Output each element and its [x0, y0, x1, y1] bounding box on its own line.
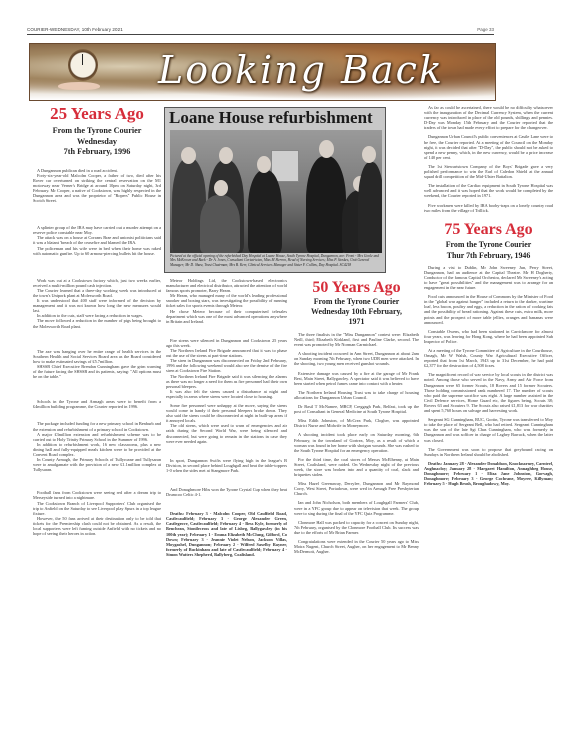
- heading-25-years: 25 Years Ago: [33, 104, 161, 123]
- article-paragraph: A major £3million extension and refurbis…: [33, 432, 161, 442]
- article-paragraph: Miss Hazel Greenaway, Derrylee, Dunganno…: [294, 481, 419, 496]
- page-number: Page 33: [477, 27, 494, 32]
- article-paragraph: It was understood that 400 staff were in…: [33, 298, 161, 313]
- deaths-notice: Deaths: January 28 - Alexander Donaldson…: [424, 461, 553, 486]
- article-paragraph: Dungannon Urban Council's public conveni…: [424, 134, 553, 159]
- article-paragraph: During a vist to Dublin, Mr John Sweeney…: [424, 265, 553, 290]
- article-paragraph: The installation of the Cardiac equipmen…: [424, 183, 553, 198]
- article-paragraph: As far as could be ascertained, there wo…: [424, 105, 553, 130]
- article-paragraph: Mr Hearn, who managed many of the world'…: [166, 293, 287, 308]
- article-paragraph: The siren in Dungannon was disconnected …: [166, 358, 287, 373]
- subheading-line1: From the Tyrone Courier: [33, 126, 161, 137]
- subheading-line2: Wednesday: [33, 137, 161, 148]
- article-paragraph: Constable Owens, who had been stationed …: [424, 329, 553, 344]
- article-paragraph: Sergeant SG Cunningham, RUC, Gortin, Tyr…: [424, 417, 553, 442]
- article-paragraph: At a meeting of the Tyrone Committee of …: [424, 348, 553, 368]
- article-paragraph: Some fire personnel were unhappy at the …: [166, 403, 287, 423]
- subheading-line2: Wednesday 10th February,: [294, 307, 419, 317]
- article-paragraph: Fire sirens were silenced in Dungannon a…: [166, 338, 287, 348]
- photo-feature: Loane House refurbishment Pictured at th…: [164, 107, 386, 273]
- article-paragraph: However, the 50 fans arrived at their de…: [33, 516, 161, 536]
- article-paragraph: A splinter group of the IRA may have car…: [33, 225, 161, 235]
- article-paragraph: The attack was on a house at Corrans Bra…: [33, 235, 161, 245]
- article-paragraph: In addition to refurbishment work, 16 ne…: [33, 442, 161, 457]
- column-25-years-continued: Meteor Holdings Ltd, the Cookstown-based…: [166, 278, 287, 557]
- subheading-line1: From the Tyrone Courier: [294, 297, 419, 307]
- heading-50-years: 50 Years Ago: [294, 279, 419, 297]
- article-paragraph: The old sirens, which were used to warn …: [166, 423, 287, 443]
- article-paragraph: The axe was hanging over he entire range…: [33, 349, 161, 364]
- article-paragraph: Football fans from Cookstown were seeing…: [33, 490, 161, 500]
- column-25-years-ago: 25 Years Ago From the Tyrone Courier Wed…: [33, 104, 161, 536]
- article-paragraph: It was also felt the sirens caused a dis…: [166, 389, 287, 399]
- subheading-line1: From the Tyrone Courier: [424, 239, 553, 250]
- article-paragraph: Forty-six-year-old Malcolm Cooper, a fat…: [33, 173, 161, 204]
- article-paragraph: Five workmen were killed by IRA booby-tr…: [424, 203, 553, 213]
- article-paragraph: Miss Edith Johnston, of McCrea Park, Clo…: [294, 418, 419, 428]
- article-paragraph: Schools in the Tyrone and Armagh areas w…: [33, 399, 161, 409]
- publication-date: COURIER-WEDNESDAY, 10th February 2021: [27, 27, 123, 32]
- heading-75-years: 75 Years Ago: [424, 221, 553, 239]
- article-paragraph: He chose Meteor because of their compute…: [166, 309, 287, 324]
- article-paragraph: Dr Basil T McNamee, MRCP, Creggagh Park,…: [294, 404, 419, 414]
- article-paragraph: The magnificent record of war service by…: [424, 372, 553, 413]
- group-photo: [170, 130, 382, 253]
- article-paragraph: SHSSB Chief Executive Brendan Cunningham…: [33, 364, 161, 379]
- column-50-years-ago: 50 Years Ago From the Tyrone Courier Wed…: [294, 279, 419, 554]
- subheading-line3: 1971: [294, 317, 419, 327]
- article-paragraph: The move followed a reduction in the num…: [33, 318, 161, 328]
- article-paragraph: Congratulations were extended in the Cou…: [294, 539, 419, 554]
- deaths-notice: Deaths: February 3 - Malcolm Cooper, Old…: [166, 511, 287, 557]
- article-paragraph: The Northern Ireland Housing Trust was t…: [294, 390, 419, 400]
- photo-caption: Pictured at the official opening of the …: [170, 254, 382, 267]
- article-paragraph: Extensive damage was caused by a fire at…: [294, 371, 419, 386]
- article-paragraph: The Courier learned that a three-day wor…: [33, 288, 161, 298]
- article-paragraph: Clonmore Hall was packed to capacity for…: [294, 520, 419, 535]
- article-paragraph: And Donaghmore Hibs won the Tyrone Cryst…: [166, 487, 287, 497]
- article-paragraph: Food cuts announced in the House of Comm…: [424, 294, 553, 325]
- article-paragraph: The Cookstown Branch of Liverpool Suppor…: [33, 501, 161, 516]
- column-right: As far as could be ascertained, there wo…: [424, 105, 553, 486]
- article-paragraph: Work was cut at a Cookstown factory whic…: [33, 278, 161, 288]
- article-paragraph: In County Armagh, the Primary Schools of…: [33, 457, 161, 472]
- article-paragraph: For the third time, the coal stores of M…: [294, 457, 419, 477]
- photo-title: Loane House refurbishment: [169, 108, 373, 128]
- hand-icon: [58, 82, 100, 90]
- clock-icon: [68, 49, 98, 81]
- article-paragraph: A shooting incident occurred in Ann Stre…: [294, 351, 419, 366]
- article-paragraph: The policeman and his wife were in bed w…: [33, 246, 161, 256]
- article-paragraph: The three finalists in the "Miss Dungann…: [294, 332, 419, 347]
- subheading-line2: Thur 7th February, 1946: [424, 250, 553, 261]
- article-paragraph: In sport, Dungannon Swifts were flying h…: [166, 458, 287, 473]
- article-paragraph: The Government was soon to propose that …: [424, 447, 553, 457]
- article-paragraph: The package included funding for a new p…: [33, 421, 161, 431]
- article-paragraph: The 1st Stewartstown Company of the Boys…: [424, 164, 553, 179]
- banner-title: Looking Back: [158, 48, 444, 92]
- article-paragraph: The Northern Ireland Fire Brigade said i…: [166, 374, 287, 389]
- article-paragraph: Meteor Holdings Ltd, the Cookstown-based…: [166, 278, 287, 293]
- looking-back-banner: Looking Back: [29, 43, 496, 101]
- article-paragraph: The Northern Ireland Fire Brigade announ…: [166, 348, 287, 358]
- subheading-line3: 7th February, 1996: [33, 147, 161, 158]
- article-paragraph: Ian and John Nicholson, both members of …: [294, 500, 419, 515]
- masthead-divider: [27, 34, 494, 35]
- clock-hand-icon: [82, 54, 83, 65]
- article-paragraph: A shooting incident took place early on …: [294, 432, 419, 452]
